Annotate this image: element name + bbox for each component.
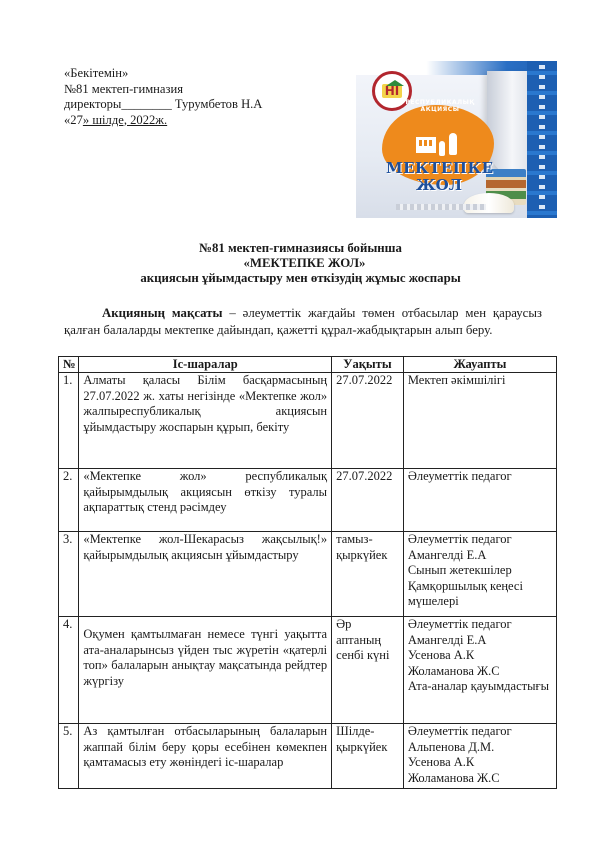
signature-blank: ________ — [121, 97, 171, 111]
row-activity: «Мектепке жол» республикалық қайырымдылы… — [79, 469, 332, 532]
row-number: 1. — [59, 373, 79, 469]
responsible-person: Жоламанова Ж.С — [408, 664, 552, 679]
ornament-border — [527, 61, 557, 218]
approval-title: «Бекітемін» — [64, 66, 262, 82]
responsible-person: Амангелді Е.А — [408, 633, 552, 648]
responsible-person: Әлеуметтік педагог — [408, 469, 552, 484]
row-time: тамыз-қыркүйек — [332, 532, 404, 617]
purpose-label: Акцияның мақсаты — [102, 306, 223, 320]
responsible-person: Усенова А.К — [408, 648, 552, 663]
responsible-person: Амангелді Е.А — [408, 548, 552, 563]
row-responsible: Әлеуметтік педагог Альпенова Д.М. Усенов… — [403, 724, 556, 789]
row-number: 5. — [59, 724, 79, 789]
date-day: «27 — [64, 113, 83, 127]
header-responsible: Жауапты — [403, 357, 556, 373]
responsible-person: Усенова А.К — [408, 755, 552, 770]
date-rest: » шілде, 2022ж. — [83, 113, 167, 127]
child-figure-small-icon — [439, 141, 445, 156]
row-responsible: Әлеуметтік педагог Амангелді Е.А Сынып ж… — [403, 532, 556, 617]
logo-bottom-ornament — [396, 204, 486, 210]
heading-line2: «МЕКТЕПКЕ ЖОЛ» — [0, 256, 601, 271]
approval-director: директоры________ Турумбетов Н.А — [64, 97, 262, 113]
school-building-icon — [416, 137, 436, 153]
responsible-person: Ата-аналар қауымдастығы — [408, 679, 552, 694]
approval-date: «27» шілде, 2022ж. — [64, 113, 262, 129]
approval-block: «Бекітемін» №81 мектеп-гимназия директор… — [64, 66, 262, 128]
responsible-person: Альпенова Д.М. — [408, 740, 552, 755]
director-name: Турумбетов Н.А — [172, 97, 263, 111]
row-activity: Аз қамтылған отбасыларының балаларын жап… — [79, 724, 332, 789]
row-number: 2. — [59, 469, 79, 532]
header-number: № — [59, 357, 79, 373]
row-responsible: Әлеуметтік педагог Амангелді Е.А Усенова… — [403, 617, 556, 724]
row-activity: Алматы қаласы Білім басқармасының 27.07.… — [79, 373, 332, 469]
table-row: 4. Оқумен қамтылмаған немесе түнгі уақыт… — [59, 617, 557, 724]
row-activity: «Мектепке жол-Шекарасыз жақсылық!» қайыр… — [79, 532, 332, 617]
table-header-row: № Іс-шаралар Уақыты Жауапты — [59, 357, 557, 373]
row-time: 27.07.2022 — [332, 373, 404, 469]
header-time: Уақыты — [332, 357, 404, 373]
responsible-person: Әлеуметтік педагог — [408, 617, 552, 632]
responsible-person: Әлеуметтік педагог — [408, 532, 552, 547]
open-book-icon — [464, 193, 514, 213]
row-time: Әр аптаның сенбі күні — [332, 617, 404, 724]
approval-school: №81 мектеп-гимназия — [64, 82, 262, 98]
table-row: 2. «Мектепке жол» республикалық қайырымд… — [59, 469, 557, 532]
logo-title-line1: МЕКТЕПКЕ — [386, 159, 494, 177]
row-number: 4. — [59, 617, 79, 724]
heading-line1: №81 мектеп-гимназиясы бойынша — [0, 241, 601, 256]
table-row: 1. Алматы қаласы Білім басқармасының 27.… — [59, 373, 557, 469]
row-time: 27.07.2022 — [332, 469, 404, 532]
responsible-person: Жоламанова Ж.С — [408, 771, 552, 786]
responsible-person: Әлеуметтік педагог — [408, 724, 552, 739]
campaign-logo-image: НІ РЕСПУБЛИКАЛЫҚ АКЦИЯСЫ МЕКТЕПКЕ ЖОЛ — [356, 61, 557, 218]
heading-line3: акциясын ұйымдастыру мен өткізудің жұмыс… — [0, 271, 601, 286]
row-responsible: Мектеп әкімшілігі — [403, 373, 556, 469]
child-figure-icon — [449, 133, 457, 155]
row-number: 3. — [59, 532, 79, 617]
row-time: Шілде-қыркүйек — [332, 724, 404, 789]
header-activities: Іс-шаралар — [79, 357, 332, 373]
row-responsible: Әлеуметтік педагог — [403, 469, 556, 532]
responsible-person: Сынып жетекшілер — [408, 563, 552, 578]
logo-title-line2: ЖОЛ — [416, 176, 462, 194]
work-plan-table: № Іс-шаралар Уақыты Жауапты 1. Алматы қа… — [58, 356, 557, 789]
director-label: директоры — [64, 97, 121, 111]
row-activity: Оқумен қамтылмаған немесе түнгі уақытта … — [79, 617, 332, 724]
table-row: 3. «Мектепке жол-Шекарасыз жақсылық!» қа… — [59, 532, 557, 617]
responsible-person: Қамқоршылық кеңесі мүшелері — [408, 579, 552, 610]
purpose-paragraph: Акцияның мақсаты – әлеуметтік жағдайы тө… — [64, 305, 542, 338]
responsible-person: Мектеп әкімшілігі — [408, 373, 552, 388]
logo-arc-text: РЕСПУБЛИКАЛЫҚ АКЦИЯСЫ — [390, 99, 490, 113]
table-row: 5. Аз қамтылған отбасыларының балаларын … — [59, 724, 557, 789]
